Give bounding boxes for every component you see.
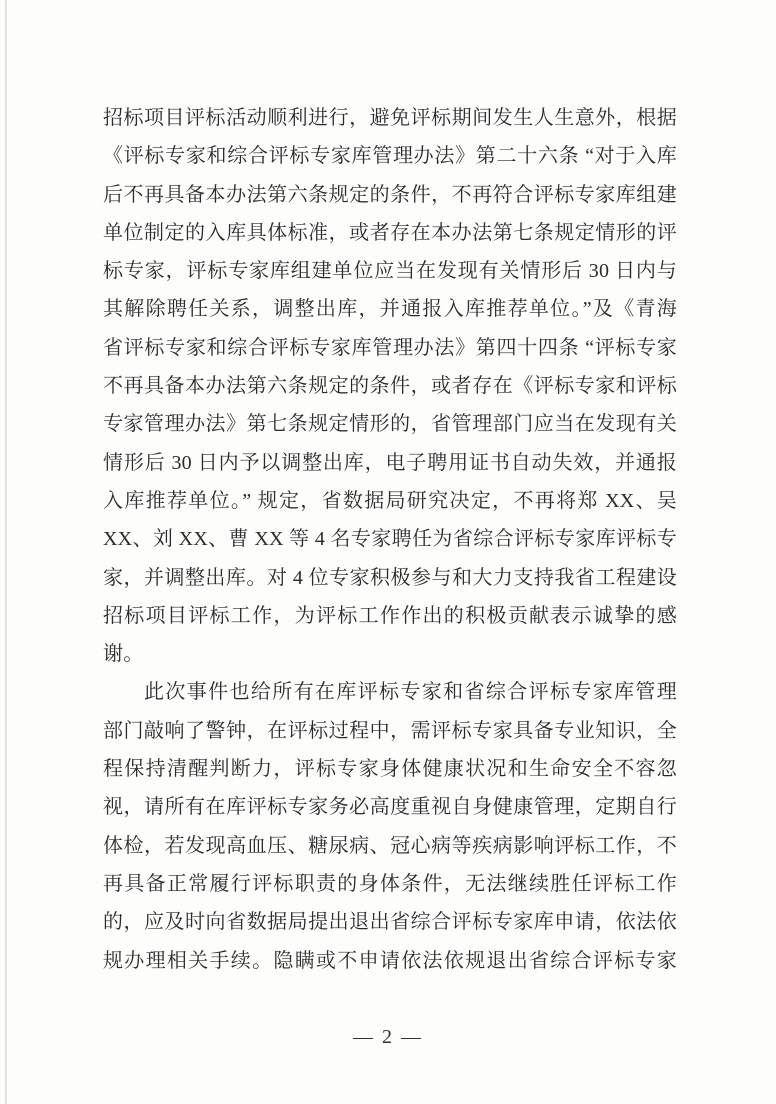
text-line: 招标项目评标工作，为评标工作作出的积极贡献表示诚挚的感 bbox=[103, 597, 677, 635]
text-line: 招标项目评标活动顺利进行，避免评标期间发生人生意外，根据 bbox=[103, 99, 677, 137]
paragraph: 招标项目评标活动顺利进行，避免评标期间发生人生意外，根据 《评标专家和综合评标专… bbox=[103, 99, 677, 673]
text-line: 规办理相关手续。隐瞒或不申请依法依规退出省综合评标专家 bbox=[103, 942, 677, 980]
text-line: 不再具备本办法第六条规定的条件，或者存在《评标专家和评标 bbox=[103, 367, 677, 405]
page-number: — 2 — bbox=[0, 1022, 776, 1052]
scan-edge-artifact bbox=[5, 0, 7, 1104]
text-line: 此次事件也给所有在库评标专家和省综合评标专家库管理 bbox=[103, 673, 677, 711]
text-line: XX、刘 XX、曹 XX 等 4 名专家聘任为省综合评标专家库评标专 bbox=[103, 520, 677, 558]
text-line: 省评标专家和综合评标专家库管理办法》第四十四条 “评标专家 bbox=[103, 329, 677, 367]
text-line: 谢。 bbox=[103, 635, 677, 673]
text-line: 入库推荐单位。” 规定，省数据局研究决定，不再将郑 XX、吴 bbox=[103, 482, 677, 520]
text-line: 的，应及时向省数据局提出退出省综合评标专家库申请，依法依 bbox=[103, 903, 677, 941]
text-line: 视，请所有在库评标专家务必高度重视自身健康管理，定期自行 bbox=[103, 788, 677, 826]
text-line: 家，并调整出库。对 4 位专家积极参与和大力支持我省工程建设 bbox=[103, 559, 677, 597]
text-line: 标专家，评标专家库组建单位应当在发现有关情形后 30 日内与 bbox=[103, 252, 677, 290]
text-line: 程保持清醒判断力，评标专家身体健康状况和生命安全不容忽 bbox=[103, 750, 677, 788]
text-line: 后不再具备本办法第六条规定的条件，不再符合评标专家库组建 bbox=[103, 176, 677, 214]
text-line: 情形后 30 日内予以调整出库，电子聘用证书自动失效，并通报 bbox=[103, 444, 677, 482]
document-page: 招标项目评标活动顺利进行，避免评标期间发生人生意外，根据 《评标专家和综合评标专… bbox=[0, 0, 776, 1104]
text-line: 单位制定的入库具体标准，或者存在本办法第七条规定情形的评 bbox=[103, 214, 677, 252]
text-line: 体检，若发现高血压、糖尿病、冠心病等疾病影响评标工作，不 bbox=[103, 827, 677, 865]
text-line: 专家管理办法》第七条规定情形的，省管理部门应当在发现有关 bbox=[103, 405, 677, 443]
text-line: 《评标专家和综合评标专家库管理办法》第二十六条 “对于入库 bbox=[103, 137, 677, 175]
text-line: 其解除聘任关系，调整出库，并通报入库推荐单位。”及《青海 bbox=[103, 290, 677, 328]
text-line: 再具备正常履行评标职责的身体条件，无法继续胜任评标工作 bbox=[103, 865, 677, 903]
document-body: 招标项目评标活动顺利进行，避免评标期间发生人生意外，根据 《评标专家和综合评标专… bbox=[103, 99, 677, 980]
text-line: 部门敲响了警钟，在评标过程中，需评标专家具备专业知识，全 bbox=[103, 712, 677, 750]
paragraph: 此次事件也给所有在库评标专家和省综合评标专家库管理 部门敲响了警钟，在评标过程中… bbox=[103, 673, 677, 979]
